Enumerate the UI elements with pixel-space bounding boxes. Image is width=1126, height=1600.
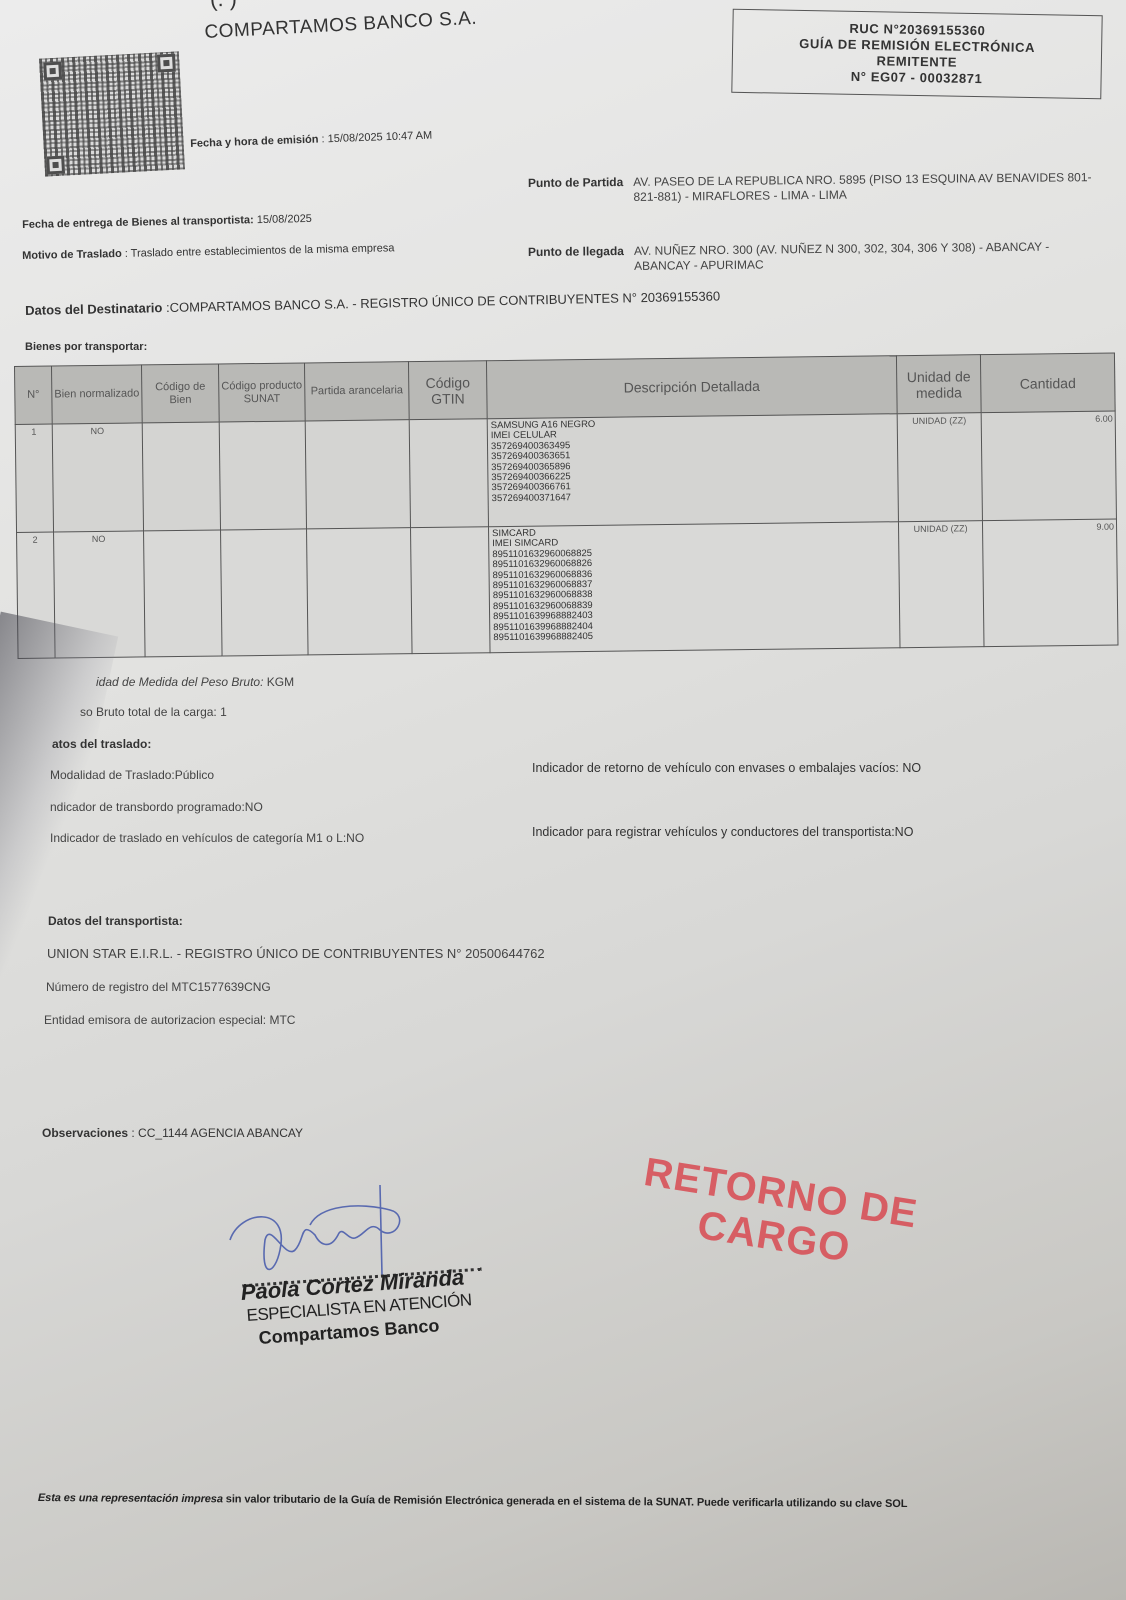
registro-mtc: Número de registro del MTC1577639CNG <box>46 980 271 994</box>
cell-unidad: UNIDAD (ZZ) <box>898 521 984 648</box>
cell-unidad: UNIDAD (ZZ) <box>897 413 982 522</box>
col-header: Descripción Detallada <box>486 356 897 419</box>
observaciones: Observaciones : CC_1144 AGENCIA ABANCAY <box>42 1126 303 1140</box>
punto-llegada: Punto de llegada AV. NUÑEZ NRO. 300 (AV.… <box>528 239 1108 275</box>
cell-cantidad: 6.00 <box>981 411 1116 521</box>
cell-partida <box>307 528 413 655</box>
peso-total: so Bruto total de la carga: 1 <box>80 705 227 719</box>
table-row: 2NOSIMCARDIMEI SIMCARD895110163296006882… <box>17 519 1118 658</box>
cell-number: 1 <box>15 424 53 532</box>
cell-gtin <box>409 419 488 528</box>
emission-label: Fecha y hora de emisión <box>190 134 319 150</box>
description-line: 8951101639968882405 <box>493 628 896 643</box>
cell-codigo-bien <box>144 530 223 657</box>
col-header: N° <box>15 366 53 424</box>
emission-datetime: Fecha y hora de emisión : 15/08/2025 10:… <box>190 130 432 150</box>
motivo-value: : Traslado entre establecimientos de la … <box>125 242 395 260</box>
ruc-box: RUC N°20369155360 GUÍA DE REMISIÓN ELECT… <box>731 9 1102 99</box>
qr-finder-icon <box>46 156 65 175</box>
partida-label: Punto de Partida <box>528 175 624 206</box>
cell-codigo-sunat <box>219 421 306 530</box>
motivo-traslado: Motivo de Traslado : Traslado entre esta… <box>22 242 394 262</box>
cell-number: 2 <box>17 532 56 658</box>
cell-codigo-bien <box>142 422 220 531</box>
datos-traslado-title: atos del traslado: <box>52 737 151 751</box>
fecha-entrega: Fecha de entrega de Bienes al transporti… <box>22 213 312 231</box>
goods-table: N° Bien normalizado Código de Bien Códig… <box>14 353 1117 659</box>
llegada-value: AV. NUÑEZ NRO. 300 (AV. NUÑEZ N 300, 302… <box>634 239 1108 274</box>
transportista-ruc: UNION STAR E.I.R.L. - REGISTRO ÚNICO DE … <box>47 946 545 961</box>
indicador-retorno: Indicador de retorno de vehículo con env… <box>532 761 921 775</box>
cell-partida <box>305 420 410 529</box>
qr-finder-icon <box>157 54 176 73</box>
cell-description: SAMSUNG A16 NEGROIMEI CELULAR35726940036… <box>487 414 898 527</box>
transportista-label: Datos del transportista: <box>48 914 183 928</box>
destinatario-value: :COMPARTAMOS BANCO S.A. - REGISTRO ÚNICO… <box>166 288 720 315</box>
partida-value: AV. PASEO DE LA REPUBLICA NRO. 5895 (PIS… <box>633 170 1108 205</box>
destinatario: Datos del Destinatario :COMPARTAMOS BANC… <box>25 288 720 318</box>
peso-unidad-value: KGM <box>267 675 294 689</box>
punto-partida: Punto de Partida AV. PASEO DE LA REPUBLI… <box>528 170 1108 206</box>
indicador-transbordo: ndicador de transbordo programado:NO <box>50 800 263 814</box>
footer-italic: Esta es una representación impresa <box>38 1492 223 1505</box>
llegada-label: Punto de llegada <box>528 244 624 275</box>
transportista-title: Datos del transportista: <box>48 914 183 928</box>
indicador-registrar: Indicador para registrar vehículos y con… <box>532 825 913 839</box>
qr-code-icon <box>39 51 185 176</box>
col-header: Código de Bien <box>141 364 219 423</box>
emission-value: : 15/08/2025 10:47 AM <box>321 130 432 146</box>
col-header: Cantidad <box>980 353 1115 413</box>
indicador-categoria: Indicador de traslado en vehículos de ca… <box>50 831 364 845</box>
col-header: Código GTIN <box>408 361 487 420</box>
observaciones-label: Observaciones <box>42 1126 128 1140</box>
entrega-label: Fecha de entrega de Bienes al transporti… <box>22 214 254 231</box>
peso-unidad-label: idad de Medida del Peso Bruto: <box>96 675 263 689</box>
modalidad-traslado: Modalidad de Traslado:Público <box>50 768 214 782</box>
entrega-value: 15/08/2025 <box>257 213 312 226</box>
cell-normalizado: NO <box>52 423 143 532</box>
col-header: Unidad de medida <box>896 355 981 414</box>
top-fragment-text: (. ) <box>210 0 238 12</box>
peso-unidad: idad de Medida del Peso Bruto: KGM <box>96 675 294 689</box>
col-header: Partida arancelaria <box>304 362 409 421</box>
cell-gtin <box>411 527 491 654</box>
col-header: Código producto SUNAT <box>218 363 305 422</box>
company-name: COMPARTAMOS BANCO S.A. <box>204 8 478 44</box>
footer-disclaimer: Esta es una representación impresa sin v… <box>38 1492 907 1510</box>
bienes-label: Bienes por transportar: <box>25 341 147 353</box>
datos-traslado-label: atos del traslado: <box>52 737 151 751</box>
qr-finder-icon <box>43 62 62 81</box>
cell-normalizado: NO <box>54 531 146 658</box>
retorno-cargo-stamp: RETORNO DE CARGO <box>634 1150 920 1280</box>
motivo-label: Motivo de Traslado <box>22 248 122 262</box>
document-page: (. ) COMPARTAMOS BANCO S.A. Fecha y hora… <box>0 0 1126 1600</box>
observaciones-value: : CC_1144 AGENCIA ABANCAY <box>131 1126 303 1140</box>
destinatario-label: Datos del Destinatario <box>25 300 163 318</box>
table-row: 1NOSAMSUNG A16 NEGROIMEI CELULAR35726940… <box>15 411 1116 532</box>
cell-codigo-sunat <box>221 529 309 656</box>
col-header: Bien normalizado <box>52 365 143 424</box>
entidad-emisora: Entidad emisora de autorizacion especial… <box>44 1013 295 1027</box>
footer-rest: sin valor tributario de la Guía de Remis… <box>223 1493 908 1510</box>
cell-description: SIMCARDIMEI SIMCARD895110163296006882589… <box>488 522 900 653</box>
cell-cantidad: 9.00 <box>982 519 1118 647</box>
